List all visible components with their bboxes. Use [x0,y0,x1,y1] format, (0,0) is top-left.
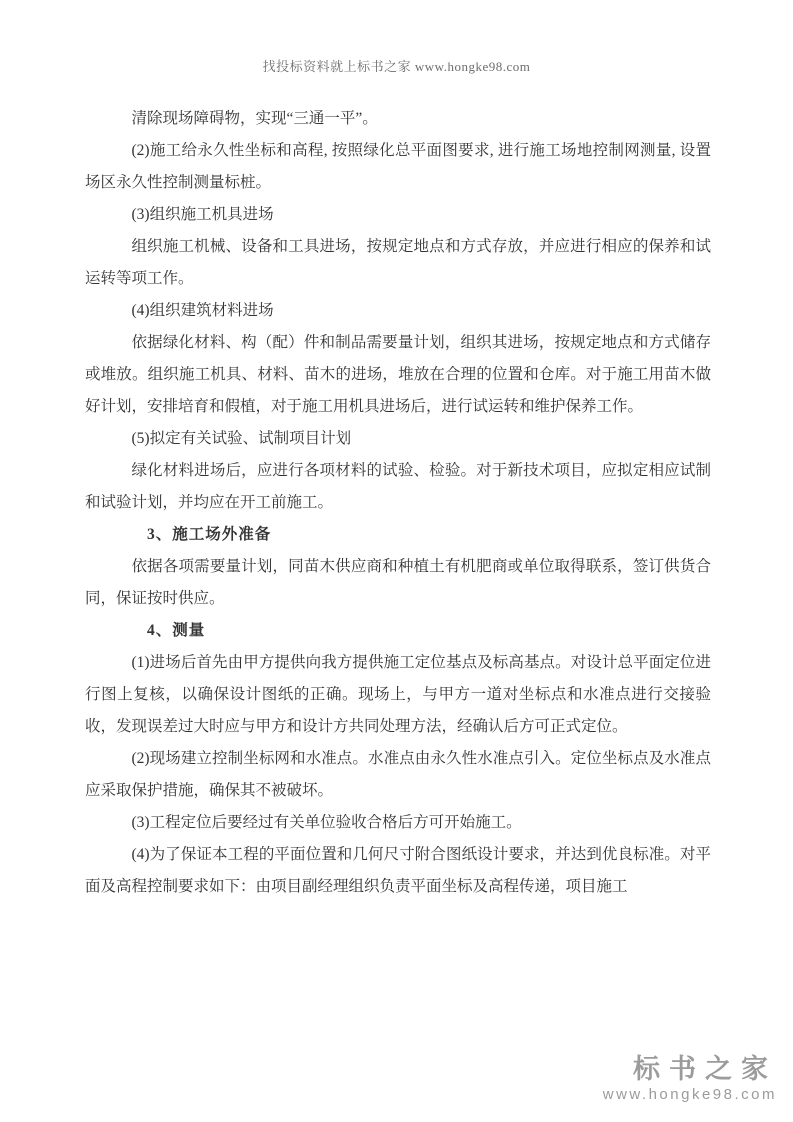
paragraph: (5)拟定有关试验、试制项目计划 [85,423,711,455]
paragraph: 依据各项需要量计划，同苗木供应商和种植土有机肥商或单位取得联系，签订供货合同，保… [85,551,711,615]
paragraph: 依据绿化材料、构（配）件和制品需要量计划，组织其进场，按规定地点和方式储存或堆放… [85,327,711,423]
paragraph: (3)组织施工机具进场 [85,199,711,231]
section-heading-offsite-preparation: 3、施工场外准备 [85,519,711,551]
header-watermark-text: 找投标资料就上标书之家 www.hongke98.com [0,56,793,75]
paragraph: 组织施工机械、设备和工具进场，按规定地点和方式存放，并应进行相应的保养和试运转等… [85,231,711,295]
section-heading-surveying: 4、测量 [85,615,711,647]
paragraph: (1)进场后首先由甲方提供向我方提供施工定位基点及标高基点。对设计总平面定位进行… [85,647,711,743]
footer-logo: 标书之家 www.hongke98.com [603,1054,777,1104]
paragraph: (4)组织建筑材料进场 [85,295,711,327]
footer-logo-text: 标书之家 [603,1054,777,1084]
document-page: 找投标资料就上标书之家 www.hongke98.com 清除现场障碍物，实现“… [0,0,793,1122]
paragraph: (3)工程定位后要经过有关单位验收合格后方可开始施工。 [85,807,711,839]
paragraph: 清除现场障碍物，实现“三通一平”。 [85,103,711,135]
paragraph: (4)为了保证本工程的平面位置和几何尺寸附合图纸设计要求，并达到优良标准。对平面… [85,839,711,903]
footer-logo-url: www.hongke98.com [603,1086,777,1104]
paragraph: (2)现场建立控制坐标网和水准点。水准点由永久性水准点引入。定位坐标点及水准点应… [85,743,711,807]
document-body: 清除现场障碍物，实现“三通一平”。 (2)施工给永久性坐标和高程, 按照绿化总平… [85,103,711,903]
paragraph: (2)施工给永久性坐标和高程, 按照绿化总平面图要求, 进行施工场地控制网测量,… [85,135,711,199]
paragraph: 绿化材料进场后，应进行各项材料的试验、检验。对于新技术项目，应拟定相应试制和试验… [85,455,711,519]
